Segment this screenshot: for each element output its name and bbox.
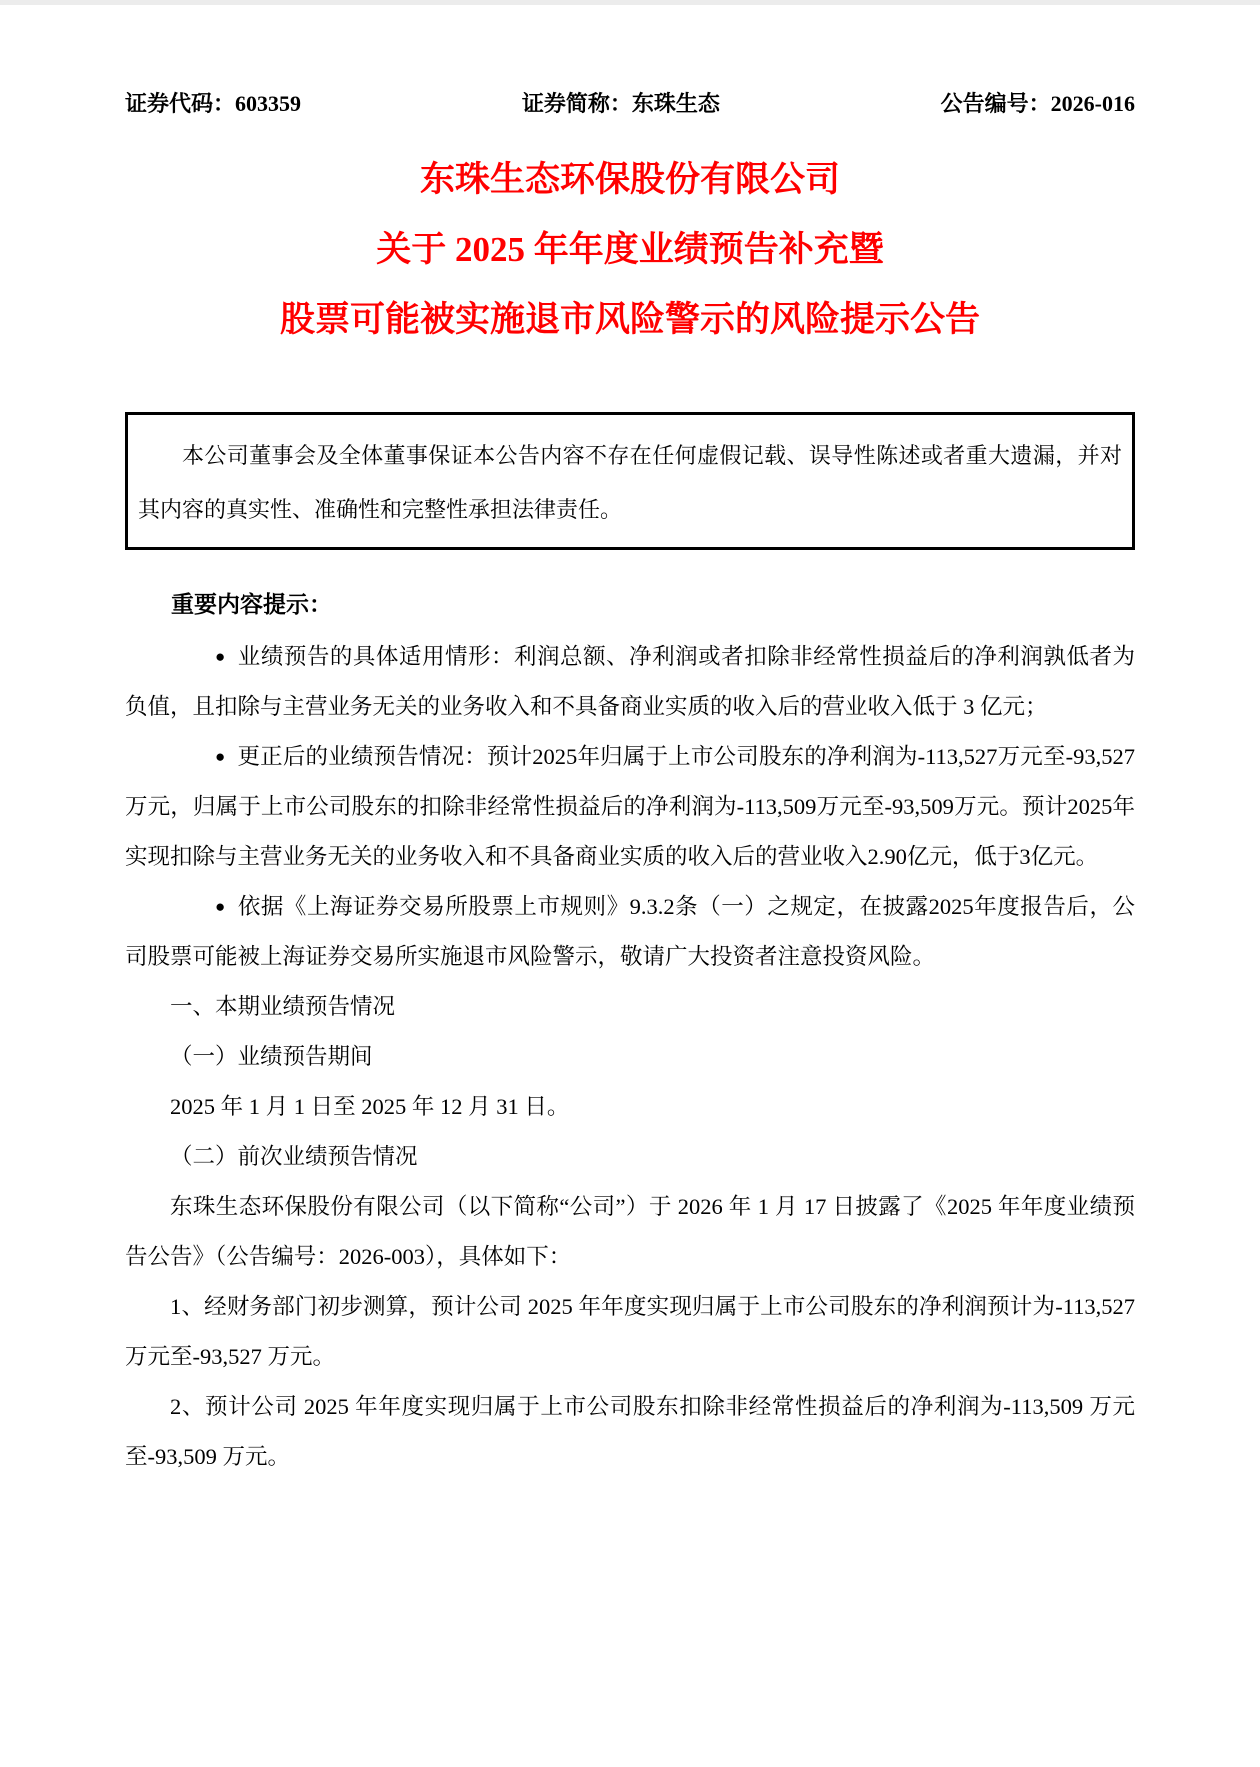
title-line-2: 关于 2025 年年度业绩预告补充暨 <box>125 228 1135 272</box>
stock-name: 证券简称：东珠生态 <box>522 87 720 118</box>
document-content: 证券代码：603359 证券简称：东珠生态 公告编号：2026-016 东珠生态… <box>0 87 1260 1482</box>
subsection-heading-1: （一）业绩预告期间 <box>125 1032 1135 1082</box>
forecast-period: 2025 年 1 月 1 日至 2025 年 12 月 31 日。 <box>125 1082 1135 1132</box>
announcement-page: 证券代码：603359 证券简称：东珠生态 公告编号：2026-016 东珠生态… <box>0 0 1260 1767</box>
highlight-bullets: ●业绩预告的具体适用情形：利润总额、净利润或者扣除非经常性损益后的净利润孰低者为… <box>125 632 1135 982</box>
important-notice-heading: 重要内容提示： <box>125 588 1135 620</box>
item-2-paragraph: 2、预计公司 2025 年年度实现归属于上市公司股东扣除非经常性损益后的净利润为… <box>125 1382 1135 1482</box>
announcement-number: 公告编号：2026-016 <box>941 87 1135 118</box>
title-line-1: 东珠生态环保股份有限公司 <box>125 158 1135 202</box>
bullet-icon: ● <box>170 882 225 932</box>
bullet-icon: ● <box>170 732 225 782</box>
bullet-icon: ● <box>170 632 225 682</box>
bullet-text: 业绩预告的具体适用情形：利润总额、净利润或者扣除非经常性损益后的净利润孰低者为负… <box>125 644 1135 719</box>
viewer-top-strip <box>0 0 1260 5</box>
item-1-paragraph: 1、经财务部门初步测算，预计公司 2025 年年度实现归属于上市公司股东的净利润… <box>125 1282 1135 1382</box>
bullet-text: 更正后的业绩预告情况：预计2025年归属于上市公司股东的净利润为-113,527… <box>125 744 1135 869</box>
subsection-heading-2: （二）前次业绩预告情况 <box>125 1132 1135 1182</box>
previous-disclosure-paragraph: 东珠生态环保股份有限公司（以下简称“公司”）于 2026 年 1 月 17 日披… <box>125 1182 1135 1282</box>
stock-code: 证券代码：603359 <box>125 87 301 118</box>
disclaimer-text: 本公司董事会及全体董事保证本公告内容不存在任何虚假记载、误导性陈述或者重大遗漏，… <box>138 429 1122 537</box>
title-line-3: 股票可能被实施退市风险警示的风险提示公告 <box>125 298 1135 342</box>
doc-header: 证券代码：603359 证券简称：东珠生态 公告编号：2026-016 <box>125 87 1135 118</box>
bullet-item: ●业绩预告的具体适用情形：利润总额、净利润或者扣除非经常性损益后的净利润孰低者为… <box>125 632 1135 732</box>
bullet-item: ●依据《上海证券交易所股票上市规则》9.3.2条（一）之规定，在披露2025年度… <box>125 882 1135 982</box>
bullet-item: ●更正后的业绩预告情况：预计2025年归属于上市公司股东的净利润为-113,52… <box>125 732 1135 882</box>
bullet-text: 依据《上海证券交易所股票上市规则》9.3.2条（一）之规定，在披露2025年度报… <box>125 894 1135 969</box>
disclaimer-box: 本公司董事会及全体董事保证本公告内容不存在任何虚假记载、误导性陈述或者重大遗漏，… <box>125 412 1135 550</box>
section-heading-1: 一、本期业绩预告情况 <box>125 982 1135 1032</box>
